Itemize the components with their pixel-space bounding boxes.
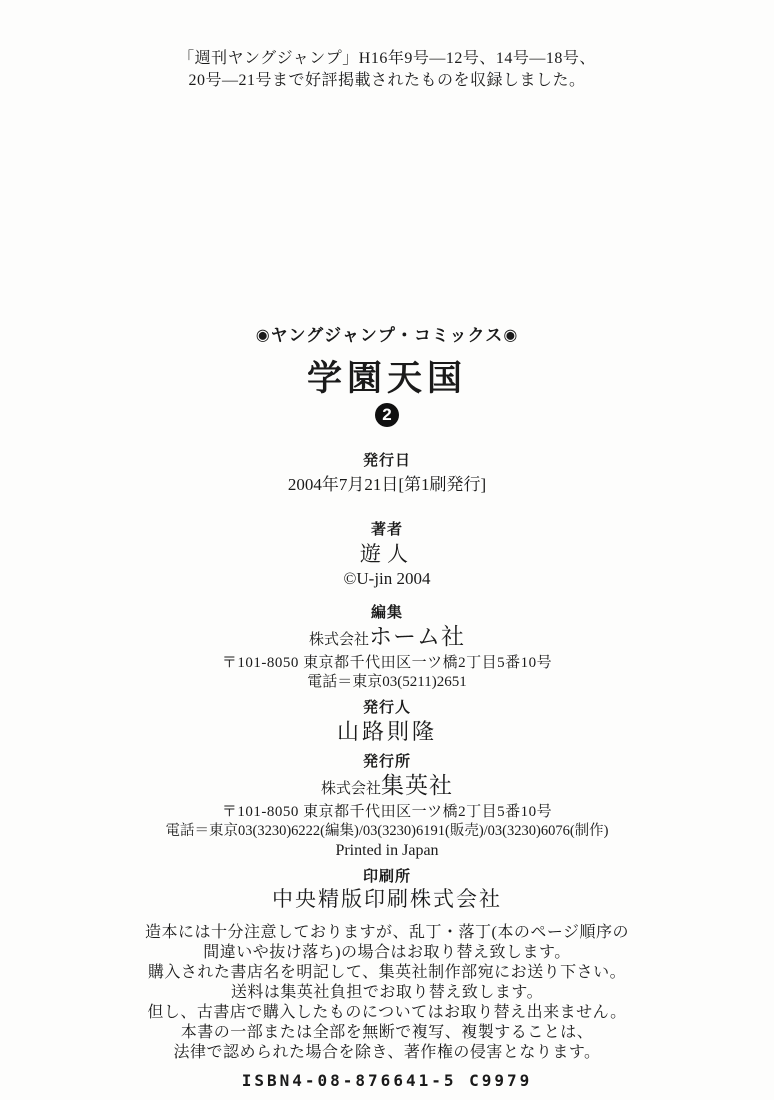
- editor-company-name: ホーム社: [369, 624, 465, 649]
- publish-date-value: 2004年7月21日[第1刷発行]: [0, 474, 774, 496]
- publish-date-heading: 発行日: [0, 452, 774, 470]
- editor-address: 〒101-8050 東京都千代田区一ツ橋2丁目5番10号: [0, 654, 774, 673]
- notice-line-5: 但し、古書店で購入したものについてはお取り替え出来ません。: [0, 1003, 774, 1023]
- fisheye-bullet-icon-right: ◉: [503, 327, 518, 344]
- publisher-company: 株式会社集英社: [0, 772, 774, 803]
- notice-line-7: 法律で認められた場合を除き、著作権の侵害となります。: [0, 1043, 774, 1063]
- printer-section: 印刷所 中央精版印刷株式会社: [0, 868, 774, 911]
- handling-notice: 造本には十分注意しておりますが、乱丁・落丁(本のページ順序の 間違いや抜け落ち)…: [0, 923, 774, 1063]
- notice-line-3: 購入された書店名を明記して、集英社制作部宛にお送り下さい。: [0, 963, 774, 983]
- publishing-person-name: 山路則隆: [0, 719, 774, 745]
- editor-section: 編集 株式会社ホーム社 〒101-8050 東京都千代田区一ツ橋2丁目5番10号…: [0, 604, 774, 691]
- author-section: 著者 遊人 ©U-jin 2004: [0, 521, 774, 591]
- printer-name: 中央精版印刷株式会社: [0, 887, 774, 911]
- author-name: 遊人: [0, 541, 774, 567]
- series-label: ◉ヤングジャンプ・コミックス◉: [0, 321, 774, 346]
- publisher-section: 発行所 株式会社集英社 〒101-8050 東京都千代田区一ツ橋2丁目5番10号…: [0, 753, 774, 861]
- volume-number-badge: 2: [375, 403, 399, 427]
- series-name: ヤングジャンプ・コミックス: [271, 326, 504, 345]
- serialization-note-line-2: 20号—21号まで好評掲載されたものを収録しました。: [0, 70, 774, 92]
- editor-heading: 編集: [0, 604, 774, 622]
- publisher-address: 〒101-8050 東京都千代田区一ツ橋2丁目5番10号: [0, 803, 774, 822]
- book-title: 学園天国: [0, 359, 774, 399]
- notice-line-2: 間違いや抜け落ち)の場合はお取り替え致します。: [0, 943, 774, 963]
- notice-line-4: 送料は集英社負担でお取り替え致します。: [0, 983, 774, 1003]
- isbn-line: ISBN4-08-876641-5 C9979: [0, 1071, 774, 1090]
- notice-line-6: 本書の一部または全部を無断で複写、複製することは、: [0, 1023, 774, 1043]
- publishing-person-heading: 発行人: [0, 699, 774, 717]
- printer-heading: 印刷所: [0, 868, 774, 886]
- notice-line-1: 造本には十分注意しておりますが、乱丁・落丁(本のページ順序の: [0, 923, 774, 943]
- editor-company-prefix: 株式会社: [309, 632, 369, 648]
- fisheye-bullet-icon-left: ◉: [256, 327, 271, 344]
- editor-company: 株式会社ホーム社: [0, 623, 774, 654]
- publisher-company-prefix: 株式会社: [321, 781, 381, 797]
- serialization-note-line-1: 「週刊ヤングジャンプ」H16年9号—12号、14号—18号、: [0, 48, 774, 70]
- colophon-page: 「週刊ヤングジャンプ」H16年9号—12号、14号—18号、 20号—21号まで…: [0, 0, 774, 1100]
- publisher-phone: 電話＝東京03(3230)6222(編集)/03(3230)6191(販売)/0…: [0, 822, 774, 840]
- publish-date-section: 発行日 2004年7月21日[第1刷発行]: [0, 452, 774, 496]
- author-heading: 著者: [0, 521, 774, 539]
- volume-number: 2: [382, 405, 391, 424]
- publisher-company-name: 集英社: [381, 773, 453, 798]
- copyright-line: ©U-jin 2004: [0, 567, 774, 591]
- printed-in-japan: Printed in Japan: [0, 841, 774, 861]
- publisher-heading: 発行所: [0, 753, 774, 771]
- editor-phone: 電話＝東京03(5211)2651: [0, 673, 774, 691]
- publishing-person-section: 発行人 山路則隆: [0, 699, 774, 745]
- serialization-note: 「週刊ヤングジャンプ」H16年9号—12号、14号—18号、 20号—21号まで…: [0, 0, 774, 92]
